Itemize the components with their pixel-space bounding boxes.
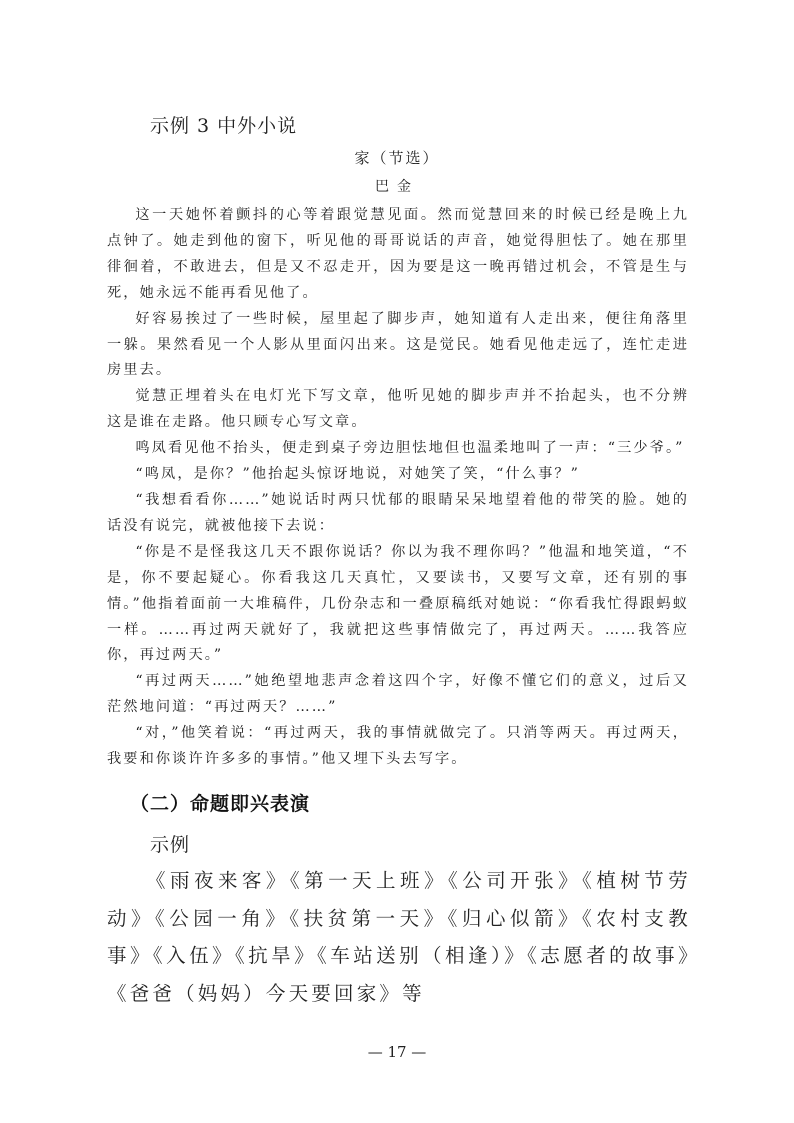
topic-list-text: 《雨夜来客》《第一天上班》《公司开张》《植树节劳动》《公园一角》《扶贫第一天》《… — [107, 862, 691, 1012]
work-title: 家（节选） — [0, 147, 794, 168]
subsection-heading: （二）命题即兴表演 — [130, 789, 310, 816]
document-page: 示例 3 中外小说 家（节选） 巴金 这一天她怀着颤抖的心等着跟觉慧见面。然而觉… — [0, 0, 794, 1123]
paragraph: 觉慧正埋着头在电灯光下写文章，他听见她的脚步声并不抬起头，也不分辨这是谁在走路。… — [107, 384, 689, 436]
paragraph: 好容易挨过了一些时候，屋里起了脚步声，她知道有人走出来，便往角落里一躲。果然看见… — [107, 307, 689, 385]
paragraph: 鸣凤看见他不抬头，便走到桌子旁边胆怯地但也温柔地叫了一声：“三少爷。” — [107, 436, 689, 462]
example-label: 示例 — [150, 830, 190, 857]
topic-list: 《雨夜来客》《第一天上班》《公司开张》《植树节劳动》《公园一角》《扶贫第一天》《… — [107, 862, 691, 1012]
paragraph: 这一天她怀着颤抖的心等着跟觉慧见面。然而觉慧回来的时候已经是晚上九点钟了。她走到… — [107, 203, 689, 307]
page-number: — 17 — — [0, 1043, 794, 1061]
paragraph: “鸣凤，是你？”他抬起头惊讶地说，对她笑了笑，“什么事？” — [107, 462, 689, 488]
paragraph: “你是不是怪我这几天不跟你说话？你以为我不理你吗？”他温和地笑道，“不是，你不要… — [107, 540, 689, 670]
excerpt-body: 这一天她怀着颤抖的心等着跟觉慧见面。然而觉慧回来的时候已经是晚上九点钟了。她走到… — [107, 203, 689, 773]
paragraph: “再过两天……”她绝望地悲声念着这四个字，好像不懂它们的意义，过后又茫然地问道：… — [107, 669, 689, 721]
paragraph: “对，”他笑着说：“再过两天，我的事情就做完了。只消等两天。再过两天，我要和你谈… — [107, 721, 689, 773]
author-name: 巴金 — [0, 176, 794, 196]
paragraph: “我想看看你……”她说话时两只忧郁的眼睛呆呆地望着他的带笑的脸。她的话没有说完，… — [107, 488, 689, 540]
section-title: 示例 3 中外小说 — [150, 111, 297, 138]
